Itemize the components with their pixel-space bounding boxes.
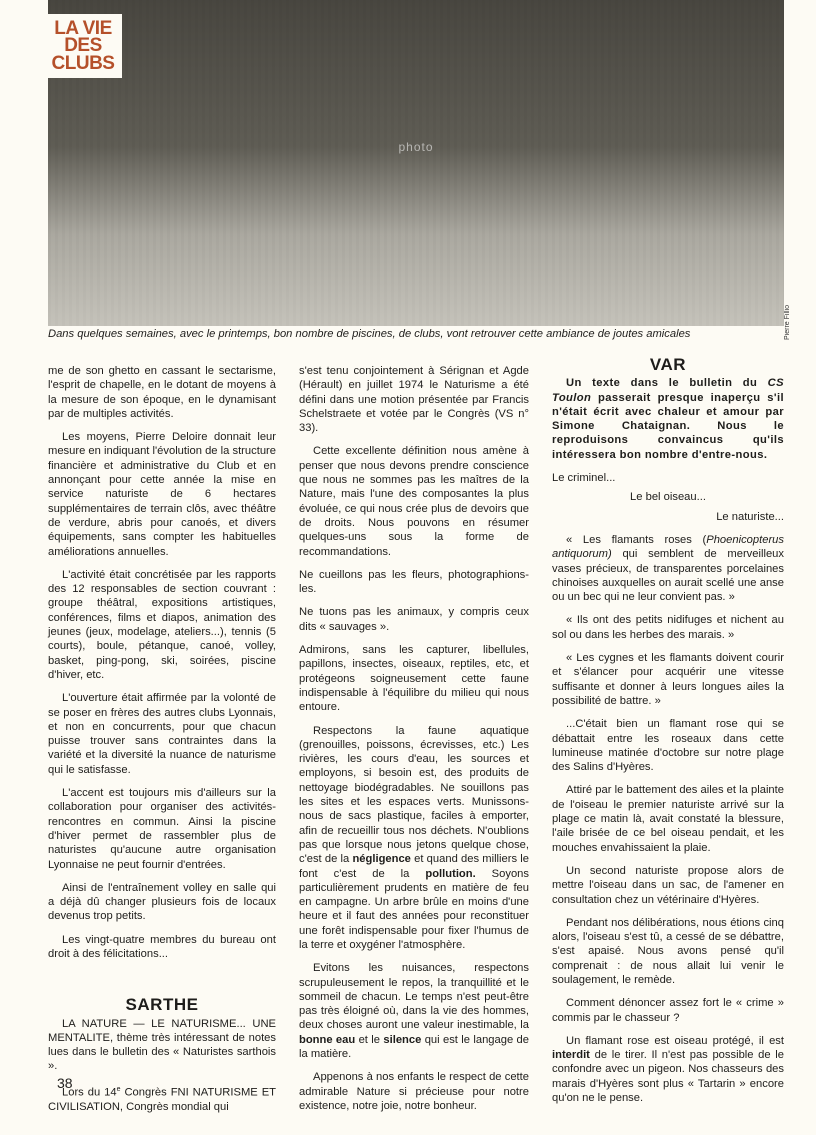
- paragraph: « Les cygnes et les flamants doivent cou…: [552, 651, 784, 708]
- paragraph: Evitons les nuisances, respectons scrupu…: [299, 961, 529, 1061]
- paragraph: Le bel oiseau...: [552, 490, 784, 504]
- paragraph: Le naturiste...: [552, 510, 784, 524]
- paragraph: me de son ghetto en cassant le sectarism…: [48, 364, 276, 421]
- paragraph: ...C'était bien un flamant rose qui se d…: [552, 717, 784, 774]
- paragraph: Attiré par le battement des ailes et la …: [552, 783, 784, 854]
- column-3: VAR Un texte dans le bulletin du CS Toul…: [552, 358, 784, 1114]
- paragraph: « Les flamants roses (Phoenicopterus ant…: [552, 533, 784, 604]
- section-heading-var: VAR: [552, 358, 784, 372]
- paragraph: Ne cueillons pas les fleurs, photographi…: [299, 568, 529, 597]
- paragraph: Un second naturiste propose alors de met…: [552, 864, 784, 907]
- photo-credit: Pierre Fillio: [784, 280, 798, 340]
- page-number: 38: [57, 1075, 73, 1091]
- column-2: s'est tenu conjointement à Sérignan et A…: [299, 364, 529, 1122]
- paragraph: LA NATURE — LE NATURISME... UNE MENTALIT…: [48, 1017, 276, 1074]
- paragraph: Les moyens, Pierre Deloire donnait leur …: [48, 430, 276, 559]
- section-heading-sarthe: SARTHE: [48, 998, 276, 1012]
- article-photo: photo: [48, 0, 784, 326]
- paragraph: Cette excellente définition nous amène à…: [299, 444, 529, 558]
- paragraph: Pendant nos délibérations, nous étions c…: [552, 916, 784, 987]
- paragraph: Appenons à nos enfants le respect de cet…: [299, 1070, 529, 1113]
- photo-placeholder-label: photo: [398, 140, 433, 154]
- paragraph: Admirons, sans les capturer, libellules,…: [299, 643, 529, 714]
- paragraph: Lors du 14e Congrès FNI NATURISME ET CIV…: [48, 1083, 276, 1114]
- paragraph: Les vingt-quatre membres du bureau ont d…: [48, 933, 276, 962]
- photo-caption: Dans quelques semaines, avec le printemp…: [48, 328, 778, 340]
- paragraph: Respectons la faune aquatique (grenouill…: [299, 724, 529, 953]
- paragraph: « Ils ont des petits nidifuges et nichen…: [552, 613, 784, 642]
- column-1: me de son ghetto en cassant le sectarism…: [48, 364, 276, 1123]
- paragraph: Ainsi de l'entraînement volley en salle …: [48, 881, 276, 924]
- paragraph: L'activité était concrétisée par les rap…: [48, 568, 276, 682]
- section-badge-line: CLUBS: [52, 55, 115, 72]
- section-badge: LA VIE DES CLUBS: [44, 14, 122, 78]
- paragraph: Un flamant rose est oiseau protégé, il e…: [552, 1034, 784, 1105]
- paragraph: Ne tuons pas les animaux, y compris ceux…: [299, 605, 529, 634]
- lead-paragraph: Un texte dans le bulletin du CS Toulon p…: [552, 376, 784, 462]
- paragraph: s'est tenu conjointement à Sérignan et A…: [299, 364, 529, 435]
- paragraph: L'ouverture était affirmée par la volont…: [48, 691, 276, 777]
- paragraph: Comment dénoncer assez fort le « crime »…: [552, 996, 784, 1025]
- paragraph: Le criminel...: [552, 471, 784, 485]
- paragraph: L'accent est toujours mis d'ailleurs sur…: [48, 786, 276, 872]
